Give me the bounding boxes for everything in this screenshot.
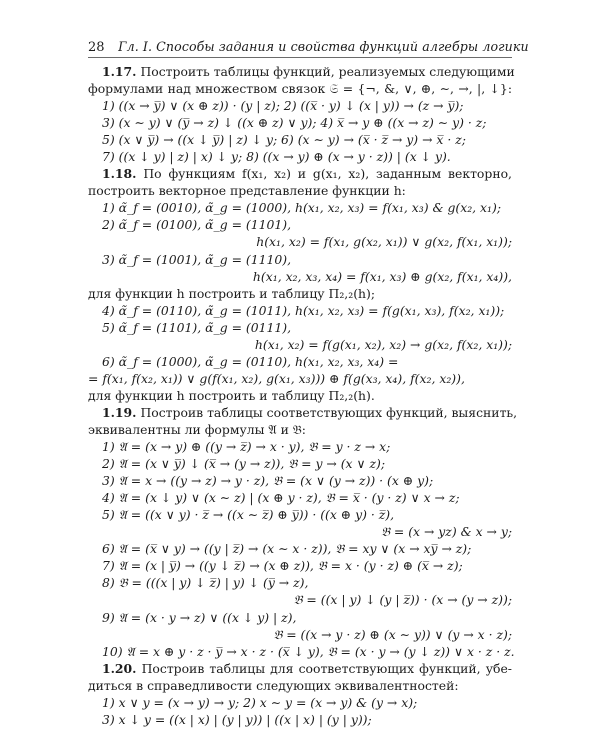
problem-number: 1.19.	[102, 405, 137, 420]
formula-line: 𝔅 = ((x | y) ↓ (y | z̅)) · (x → (y → z))…	[88, 591, 512, 608]
page-body: 1.17. Построить таблицы функций, реализу…	[88, 63, 512, 728]
formula-line: 𝔅 = ((x → y · z) ⊕ (x ∼ y)) ∨ (y → x · z…	[88, 626, 512, 643]
formula-line: 7) ((x ↓ y) | z) | x) ↓ y; 8) ((x → y) ⊕…	[88, 148, 512, 165]
problem-intro-line: диться в справедливости следующих эквива…	[88, 677, 512, 694]
problem-intro-line: 1.20. Построив таблицы для соответствующ…	[88, 660, 512, 677]
formula-line: 𝔅 = (x → yz) & x → y;	[88, 523, 512, 540]
problem-intro-line: 1.19. Построив таблицы соответствующих ф…	[88, 404, 512, 421]
intro-text: Построив таблицы соответствующих функций…	[140, 405, 517, 420]
formula-line: 3) α̃_f = (1001), α̃_g = (1110),	[88, 251, 512, 268]
formula-line: 6) 𝔄 = (x̅ ∨ y) → ((y | z̅) → (x ∼ x · z…	[88, 540, 512, 557]
formula-line: 3) (x ∼ y) ∨ (y̅ → z) ↓ ((x ⊕ z) ∨ y); 4…	[88, 114, 512, 131]
formula-line: 7) 𝔄 = (x | y̅) → ((y ↓ z̅) → (x ⊕ z)), …	[88, 557, 512, 574]
formula-line: 3) x ↓ y = ((x | x) | (y | y)) | ((x | x…	[88, 711, 512, 728]
formula-line: 2) 𝔄 = (x ∨ y̅) ↓ (x̅ → (y → z)), 𝔅 = y …	[88, 455, 512, 472]
problem-intro-line: построить векторное представление функци…	[88, 182, 512, 199]
running-title: Гл. I. Способы задания и свойства функци…	[118, 39, 529, 54]
problem-intro-line: формулами над множеством связок 𝔖 = {¬, …	[88, 80, 512, 97]
intro-text: Построив таблицы для соответствующих фун…	[142, 661, 512, 676]
problem-intro-line: эквивалентны ли формулы 𝔄 и 𝔅:	[88, 421, 512, 438]
formula-line: 8) 𝔅 = (((x | y) ↓ z̅) | y) ↓ (y̅ → z),	[88, 574, 512, 591]
intro-text: По функциям f(x₁, x₂) и g(x₁, x₂), задан…	[143, 166, 512, 181]
formula-line: 4) α̃_f = (0110), α̃_g = (1011), h(x₁, x…	[88, 302, 512, 319]
formula-line: 5) 𝔄 = ((x ∨ y) · z̅ → ((x ∼ z̅) ⊕ y̅)) …	[88, 506, 512, 523]
problem-intro-line: 1.18. По функциям f(x₁, x₂) и g(x₁, x₂),…	[88, 165, 512, 182]
formula-line: 9) 𝔄 = (x · y → z) ∨ ((x ↓ y) | z),	[88, 609, 512, 626]
intro-text: Построить таблицы функций, реализуемых с…	[140, 64, 514, 79]
formula-line: 5) (x ∨ y̅) → ((x ↓ y̅) | z) ↓ y; 6) (x …	[88, 131, 512, 148]
problem-intro-line: 1.17. Построить таблицы функций, реализу…	[88, 63, 512, 80]
formula-line: h(x₁, x₂) = f(g(x₁, x₂), x₂) → g(x₂, f(x…	[88, 336, 512, 353]
formula-line: h(x₁, x₂, x₃, x₄) = f(x₁, x₃) ⊕ g(x₂, f(…	[88, 268, 512, 285]
formula-line: 4) 𝔄 = (x ↓ y) ∨ (x ∼ z) | (x ⊕ y · z), …	[88, 489, 512, 506]
text-line: для функции h построить и таблицу Π₂,₂(h…	[88, 387, 512, 404]
problem-number: 1.17.	[102, 64, 137, 79]
formula-line: h(x₁, x₂) = f(x₁, g(x₂, x₁)) ∨ g(x₂, f(x…	[88, 233, 512, 250]
formula-line: 1) x ∨ y = (x → y) → y; 2) x ∼ y = (x → …	[88, 694, 512, 711]
problem-1-18: 1.18. По функциям f(x₁, x₂) и g(x₁, x₂),…	[88, 165, 512, 404]
problem-1-20: 1.20. Построив таблицы для соответствующ…	[88, 660, 512, 728]
running-header: 28 Гл. I. Способы задания и свойства фун…	[88, 38, 512, 58]
text-line: для функции h построить и таблицу Π₂,₂(h…	[88, 285, 512, 302]
problem-number: 1.18.	[102, 166, 137, 181]
problem-1-17: 1.17. Построить таблицы функций, реализу…	[88, 63, 512, 165]
formula-line: 6) α̃_f = (1000), α̃_g = (0110), h(x₁, x…	[88, 353, 512, 370]
formula-line: 3) 𝔄 = x → ((y → z) → y · z), 𝔅 = (x ∨ (…	[88, 472, 512, 489]
formula-line: 10) 𝔄 = x ⊕ y · z · y̅ → x · z · (x̅ ↓ y…	[88, 643, 512, 660]
book-page: 28 Гл. I. Способы задания и свойства фун…	[0, 0, 600, 750]
problem-1-19: 1.19. Построив таблицы соответствующих ф…	[88, 404, 512, 660]
formula-line: = f(x₁, f(x₂, x₁)) ∨ g(f(x₁, x₂), g(x₁, …	[88, 370, 512, 387]
formula-line: 2) α̃_f = (0100), α̃_g = (1101),	[88, 216, 512, 233]
formula-line: 5) α̃_f = (1101), α̃_g = (0111),	[88, 319, 512, 336]
formula-line: 1) 𝔄 = (x → y) ⊕ ((y → z̅) → x · y), 𝔅 =…	[88, 438, 512, 455]
formula-line: 1) α̃_f = (0010), α̃_g = (1000), h(x₁, x…	[88, 199, 512, 216]
formula-line: 1) ((x → y̅) ∨ (x ⊕ z)) · (y | z); 2) ((…	[88, 97, 512, 114]
page-number: 28	[88, 39, 114, 56]
problem-number: 1.20.	[102, 661, 137, 676]
